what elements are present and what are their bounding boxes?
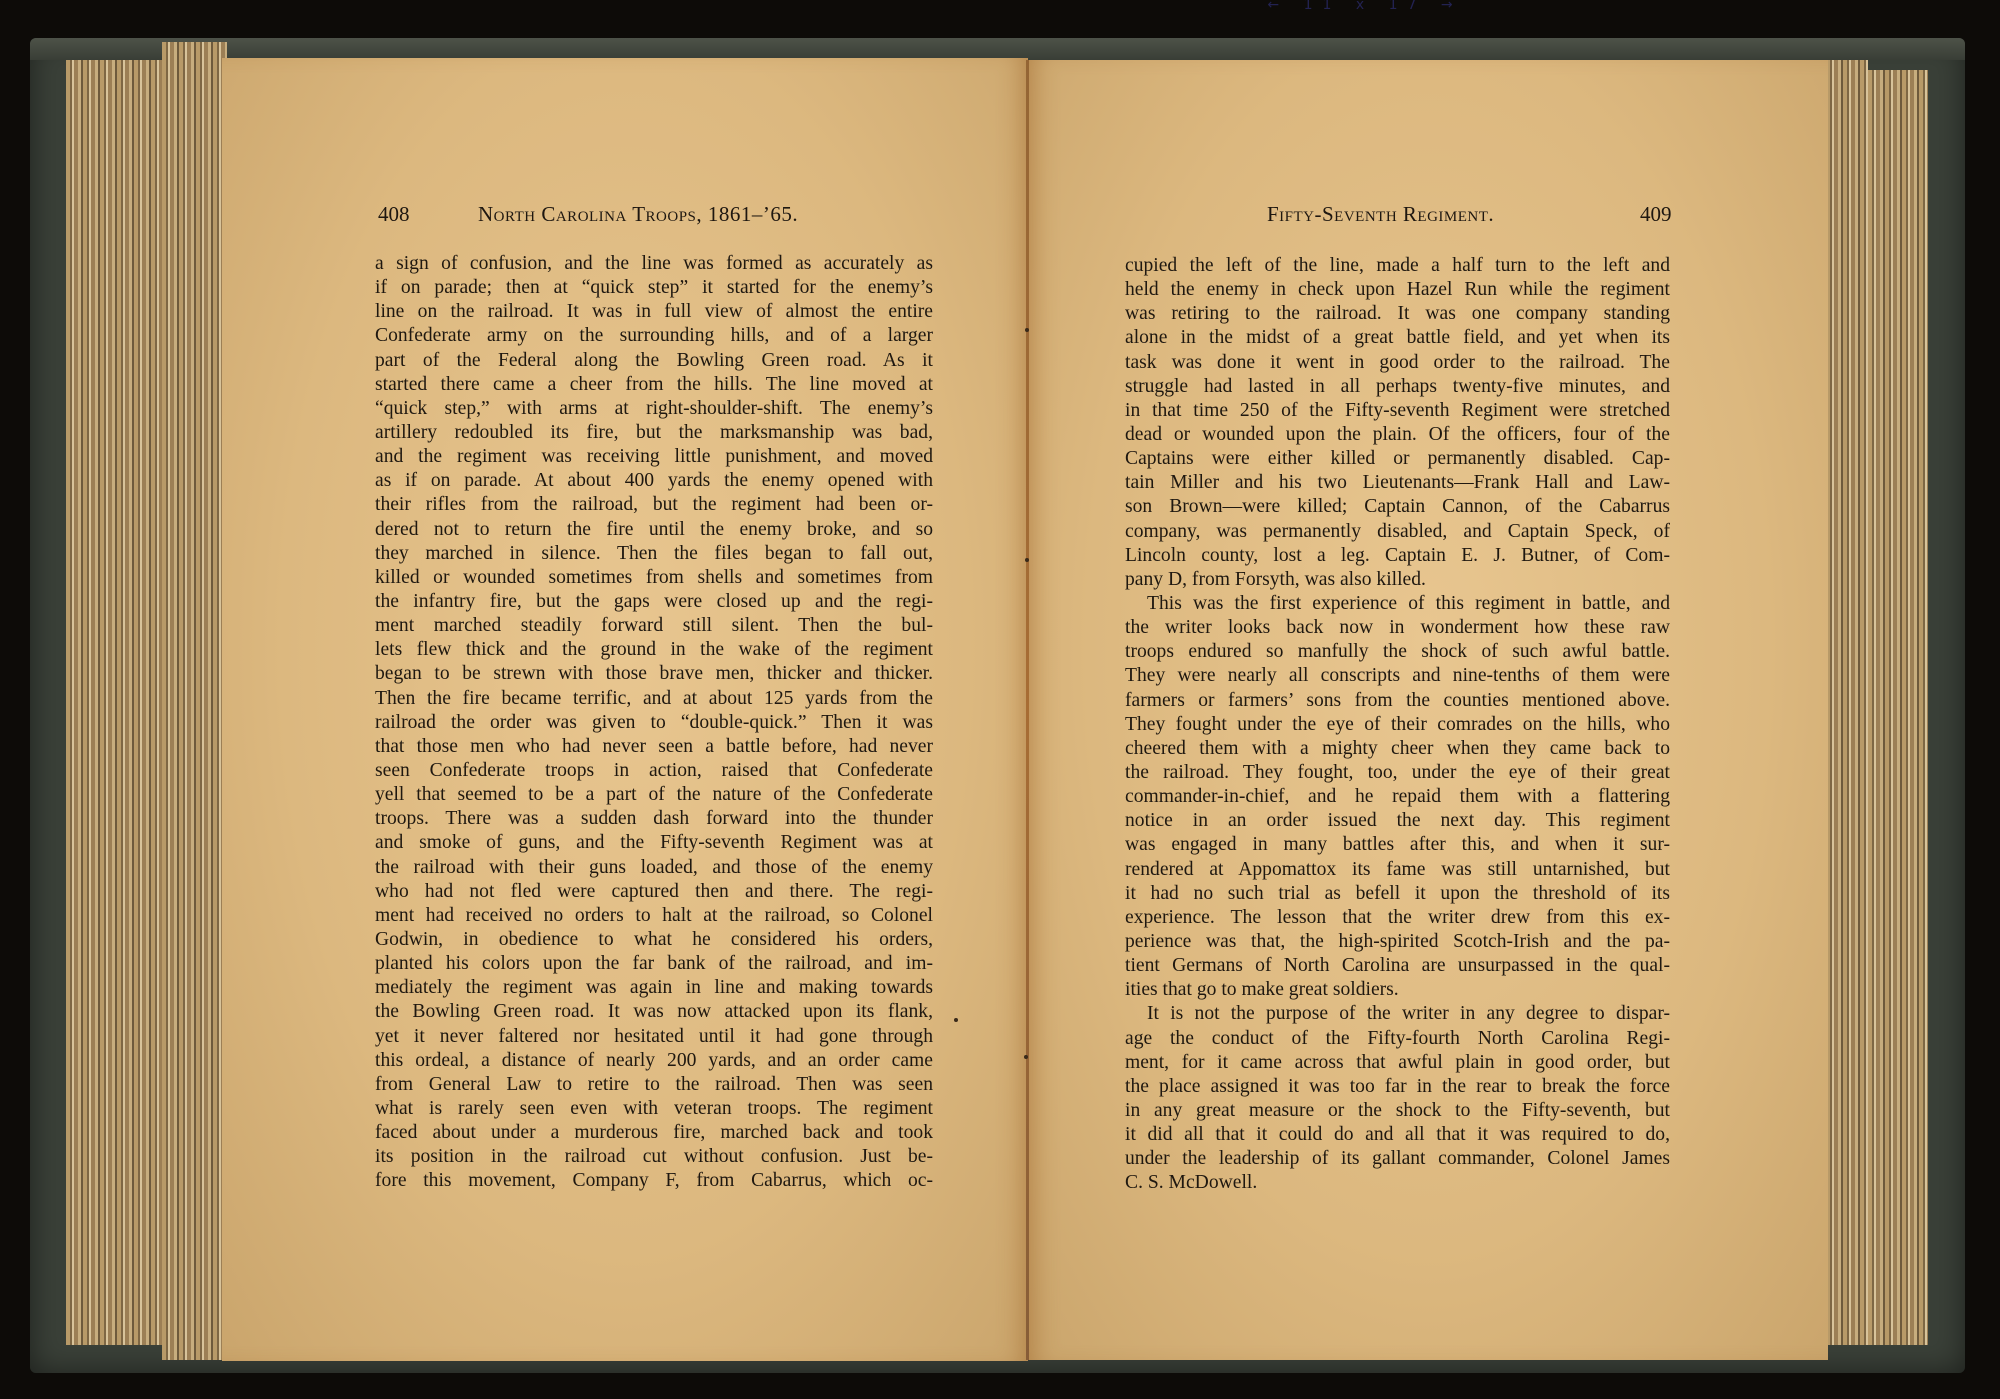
paper-speck [954,1018,958,1022]
text-line: started there came a cheer from the hill… [375,373,933,397]
right-page-stack-inner [1826,60,1868,1345]
text-line: what is rarely seen even with veteran tr… [375,1097,933,1121]
text-line: line on the railroad. It was in full vie… [375,300,933,324]
text-line: yell that seemed to be a part of the nat… [375,783,933,807]
text-line: part of the Federal along the Bowling Gr… [375,349,933,373]
text-line: was engaged in many battles after this, … [1125,833,1670,857]
text-line: and the regiment was receiving little pu… [375,445,933,469]
text-line: son Brown—were killed; Captain Cannon, o… [1125,495,1670,519]
text-line: faced about under a murderous fire, marc… [375,1121,933,1145]
text-line: Then the fire became terrific, and at ab… [375,687,933,711]
text-line: They were nearly all conscripts and nine… [1125,664,1670,688]
text-line: struggle had lasted in all perhaps twent… [1125,375,1670,399]
text-line: fore this movement, Company F, from Caba… [375,1169,933,1193]
text-line: the infantry fire, but the gaps were clo… [375,590,933,614]
text-line: Lincoln county, lost a leg. Captain E. J… [1125,544,1670,568]
paper-speck [1024,1055,1028,1059]
right-page-text: cupied the left of the line, made a half… [1125,254,1670,1195]
text-line: They fought under the eye of their comra… [1125,713,1670,737]
text-line: ment had received no orders to halt at t… [375,904,933,928]
text-line: company, was permanently disabled, and C… [1125,520,1670,544]
text-line: C. S. McDowell. [1125,1171,1670,1195]
text-line: alone in the midst of a great battle fie… [1125,326,1670,350]
text-line: began to be strewn with those brave men,… [375,662,933,686]
text-line: was retiring to the railroad. It was one… [1125,302,1670,326]
text-line: cupied the left of the line, made a half… [1125,254,1670,278]
right-running-title: Fifty-Seventh Regiment. [1267,202,1494,227]
text-line: this ordeal, a distance of nearly 200 ya… [375,1049,933,1073]
text-line: Godwin, in obedience to what he consider… [375,928,933,952]
text-line: and smoke of guns, and the Fifty-seventh… [375,831,933,855]
text-line: Captains were either killed or permanent… [1125,447,1670,471]
text-line: a sign of confusion, and the line was fo… [375,252,933,276]
text-line: pany D, from Forsyth, was also killed. [1125,568,1670,592]
text-line: from General Law to retire to the railro… [375,1073,933,1097]
text-line: it had no such trial as befell it upon t… [1125,882,1670,906]
text-line: in that time 250 of the Fifty-seventh Re… [1125,399,1670,423]
text-line: dead or wounded upon the plain. Of the o… [1125,423,1670,447]
text-line: the writer looks back now in wonderment … [1125,616,1670,640]
right-page-stack-outer [1868,70,1928,1345]
text-line: mediately the regiment was again in line… [375,976,933,1000]
text-line: who had not fled were captured then and … [375,880,933,904]
text-line: railroad the order was given to “double-… [375,711,933,735]
paper-speck [1025,558,1029,562]
scanner-ruler-mark: ← 11 x 17 → [1200,0,1530,14]
text-line: as if on parade. At about 400 yards the … [375,469,933,493]
text-line: ities that go to make great soldiers. [1125,978,1670,1002]
text-line: the Bowling Green road. It was now attac… [375,1000,933,1024]
text-line: killed or wounded sometimes from shells … [375,566,933,590]
text-line: ment, for it came across that awful plai… [1125,1051,1670,1075]
book-cover-top-edge [30,38,1965,60]
text-line: artillery redoubled its fire, but the ma… [375,421,933,445]
text-line: the place assigned it was too far in the… [1125,1075,1670,1099]
text-line: task was done it went in good order to t… [1125,351,1670,375]
text-line: under the leadership of its gallant comm… [1125,1147,1670,1171]
paper-speck [1025,328,1029,332]
text-line: Confederate army on the surrounding hill… [375,324,933,348]
text-line: seen Confederate troops in action, raise… [375,759,933,783]
left-page-number: 408 [378,202,410,227]
right-page-number: 409 [1640,202,1672,227]
text-line: farmers or farmers’ sons from the counti… [1125,689,1670,713]
text-line: dered not to return the fire until the e… [375,518,933,542]
text-line: their rifles from the railroad, but the … [375,493,933,517]
text-line: it did all that it could do and all that… [1125,1123,1670,1147]
text-line: tient Germans of North Carolina are unsu… [1125,954,1670,978]
left-running-title: North Carolina Troops, 1861–’65. [478,202,798,227]
left-page-stack-inner [162,42,227,1360]
left-page-stack-outer [66,60,162,1345]
text-line: its position in the railroad cut without… [375,1145,933,1169]
text-line: troops. There was a sudden dash forward … [375,807,933,831]
text-line: troops endured so manfully the shock of … [1125,640,1670,664]
text-line: rendered at Appomattox its fame was stil… [1125,858,1670,882]
text-line: “quick step,” with arms at right-shoulde… [375,397,933,421]
text-line: age the conduct of the Fifty-fourth Nort… [1125,1027,1670,1051]
text-line: in any great measure or the shock to the… [1125,1099,1670,1123]
text-line: the railroad. They fought, too, under th… [1125,761,1670,785]
text-line: cheered them with a mighty cheer when th… [1125,737,1670,761]
text-line: they marched in silence. Then the files … [375,542,933,566]
text-line: notice in an order issued the next day. … [1125,809,1670,833]
text-line: lets flew thick and the ground in the wa… [375,638,933,662]
text-line: tain Miller and his two Lieutenants—Fran… [1125,471,1670,495]
text-line: if on parade; then at “quick step” it st… [375,276,933,300]
text-line: that those men who had never seen a batt… [375,735,933,759]
text-line: experience. The lesson that the writer d… [1125,906,1670,930]
text-line: perience was that, the high-spirited Sco… [1125,930,1670,954]
text-line: commander-in-chief, and he repaid them w… [1125,785,1670,809]
text-line: This was the first experience of this re… [1125,592,1670,616]
text-line: yet it never faltered nor hesitated unti… [375,1025,933,1049]
left-page-text: a sign of confusion, and the line was fo… [375,252,933,1193]
text-line: planted his colors upon the far bank of … [375,952,933,976]
text-line: ment marched steadily forward still sile… [375,614,933,638]
book-gutter [1026,60,1029,1360]
text-line: the railroad with their guns loaded, and… [375,856,933,880]
text-line: It is not the purpose of the writer in a… [1125,1002,1670,1026]
text-line: held the enemy in check upon Hazel Run w… [1125,278,1670,302]
